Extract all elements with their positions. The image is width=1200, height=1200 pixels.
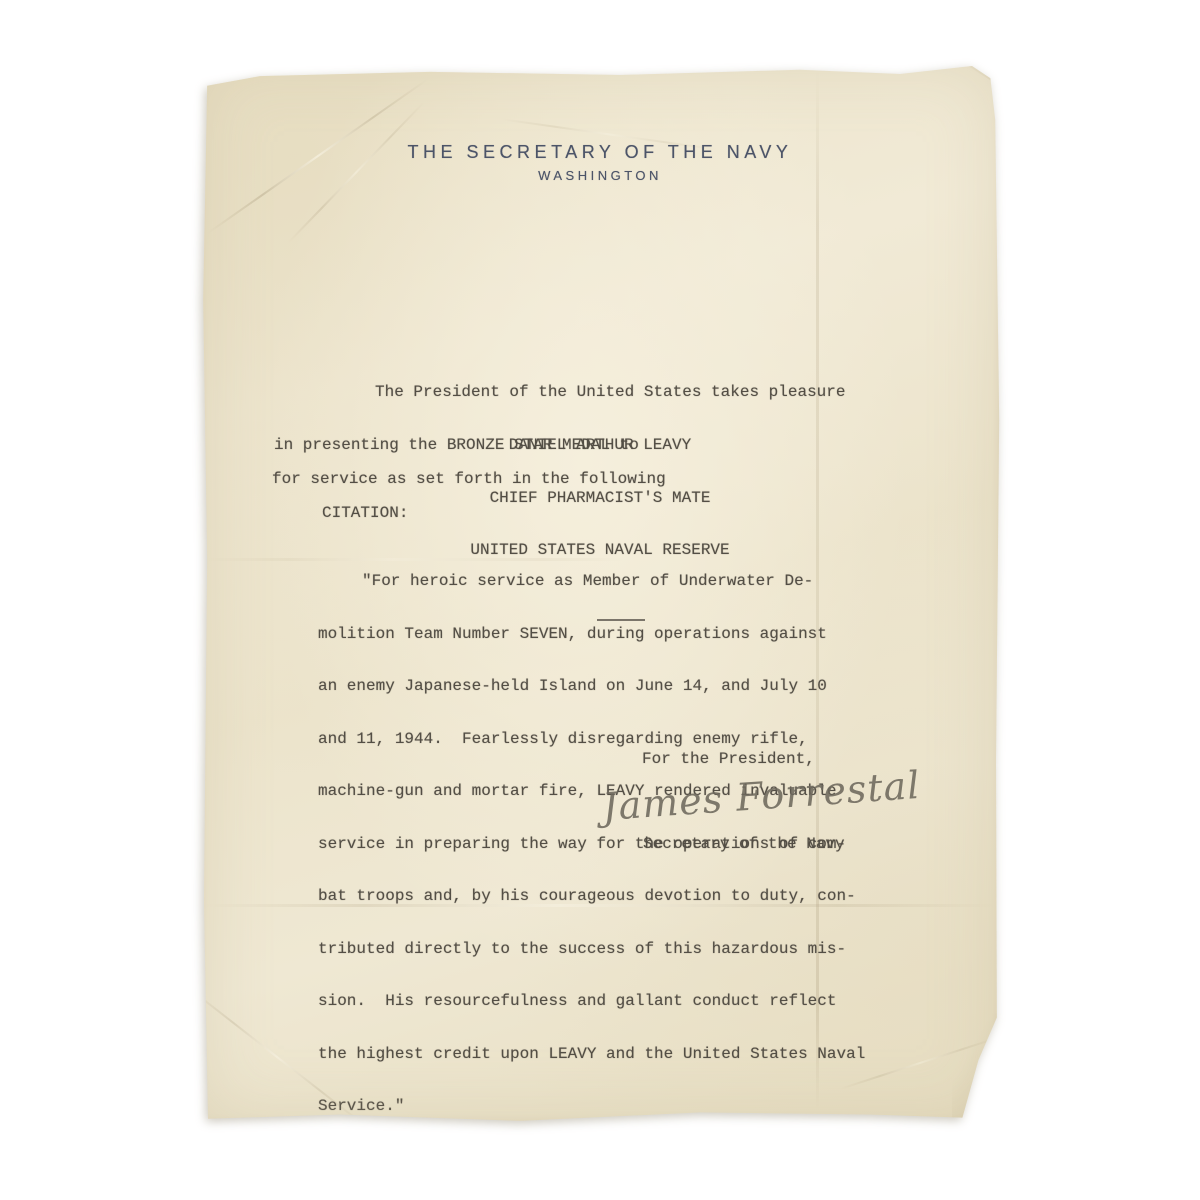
signatory-title: Secretary of the Navy [643,836,845,854]
scan-background: THE SECRETARY OF THE NAVY WASHINGTON The… [0,0,1200,1200]
letterhead-subtitle: WASHINGTON [200,168,1000,183]
citation-label: CITATION: [322,505,408,523]
dogear-top-right [962,62,996,84]
citation-line: Service." [318,1098,865,1116]
citation-line: bat troops and, by his courageous devoti… [318,888,865,906]
letter-paper: THE SECRETARY OF THE NAVY WASHINGTON The… [200,58,1000,1123]
citation-line: "For heroic service as Member of Underwa… [318,573,865,591]
recipient-name: DANIEL ARTHUR LEAVY [200,437,1000,455]
citation-line: sion. His resourcefulness and gallant co… [318,993,865,1011]
for-the-president-line: For the President, [642,751,815,769]
service-line: for service as set forth in the followin… [272,471,666,489]
citation-line: tributed directly to the success of this… [318,941,865,959]
citation-line: an enemy Japanese-held Island on June 14… [318,678,865,696]
leavy-underline-mark [597,619,645,621]
intro-line-1: The President of the United States takes… [274,384,845,402]
citation-line: the highest credit upon LEAVY and the Un… [318,1046,865,1064]
recipient-rank: CHIEF PHARMACIST'S MATE [200,490,1000,508]
citation-line: and 11, 1944. Fearlessly disregarding en… [318,731,865,749]
letterhead-title: THE SECRETARY OF THE NAVY [200,142,1000,163]
paper-shadow-wrap: THE SECRETARY OF THE NAVY WASHINGTON The… [200,58,1000,1123]
citation-line: molition Team Number SEVEN, during opera… [318,626,865,644]
dogear-bottom-right [952,1013,1000,1123]
